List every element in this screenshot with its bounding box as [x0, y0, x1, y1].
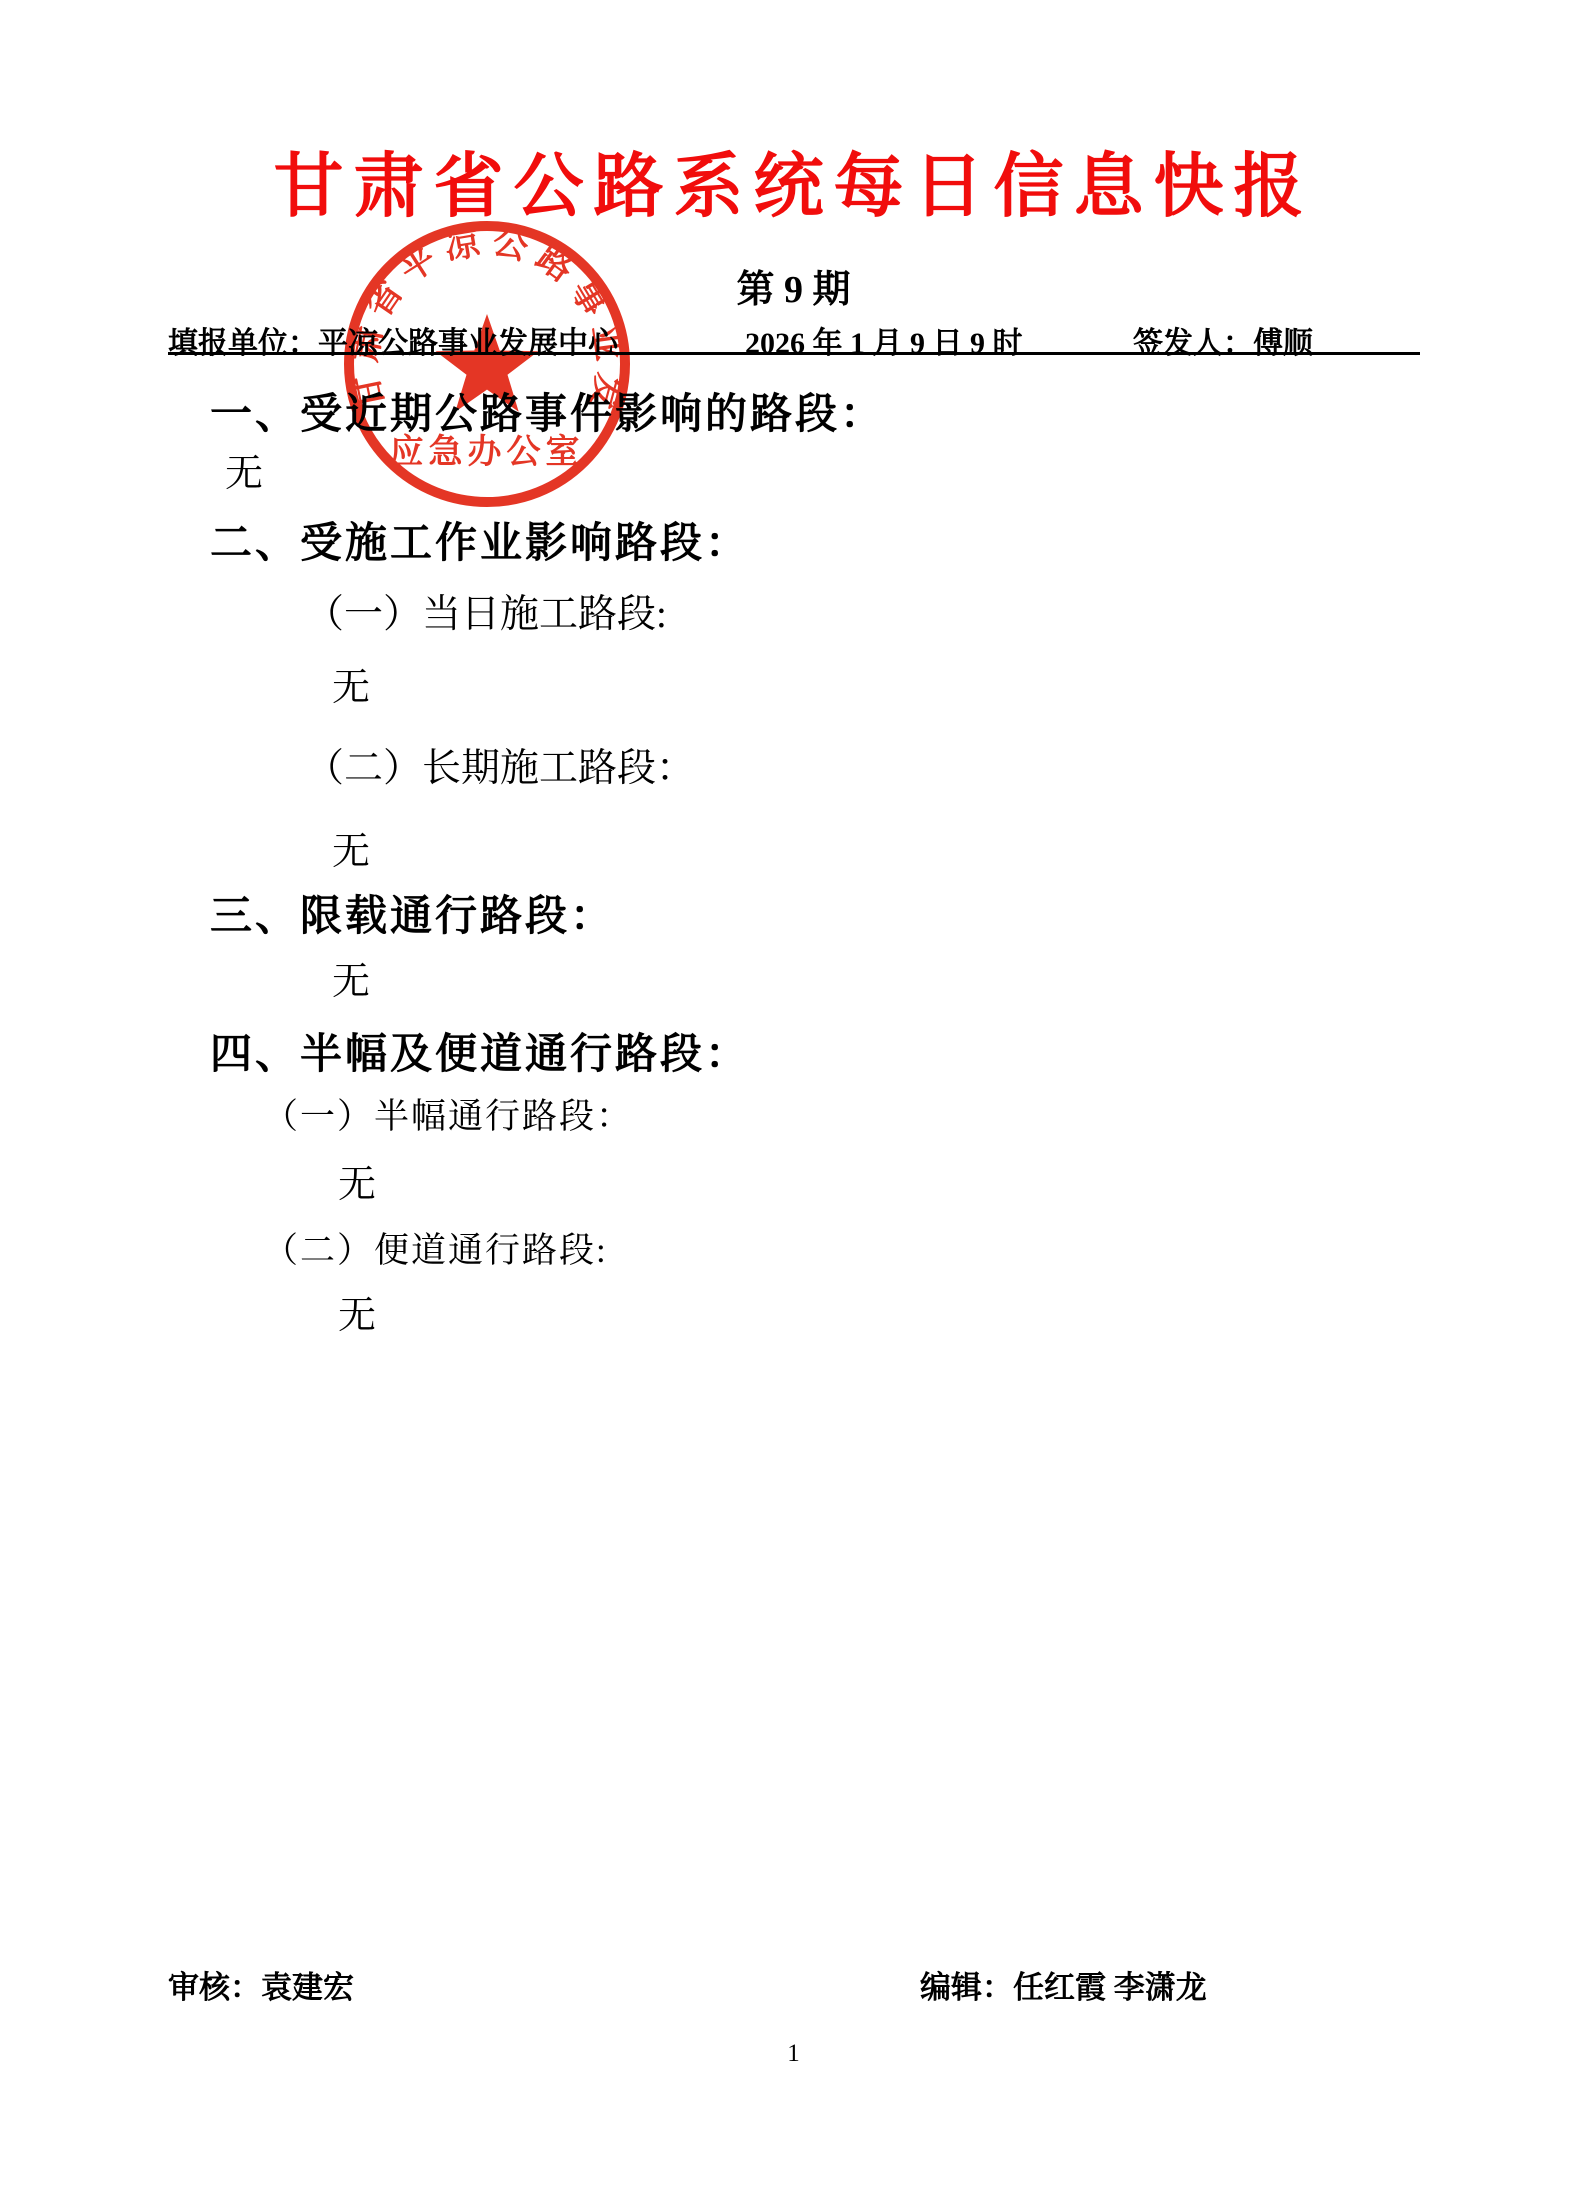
official-seal: 甘肃省平凉公路事业发展中心 应急办公室	[330, 208, 650, 520]
section-2-sub-1-value: 无	[332, 656, 370, 711]
document-title: 甘肃省公路系统每日信息快报	[0, 130, 1587, 231]
issuer-text: 签发人：傅顺	[1133, 318, 1313, 362]
section-4-heading: 四、半幅及便道通行路段：	[210, 1021, 750, 1081]
section-2-heading: 二、受施工作业影响路段：	[210, 510, 750, 570]
section-4-sub-2-value: 无	[338, 1284, 376, 1339]
section-4-sub-1-value: 无	[338, 1153, 376, 1208]
report-datetime-text: 2026 年 1 月 9 日 9 时	[745, 318, 1023, 362]
issue-number: 第 9 期	[0, 258, 1587, 313]
header-rule	[168, 352, 1420, 355]
section-1-value: 无	[225, 442, 263, 497]
section-2-sub-2-heading: （二）长期施工路段：	[305, 737, 695, 793]
footer-editor: 编辑：任红霞 李潇龙	[920, 1962, 1207, 2007]
section-4-sub-2-heading: （二）便道通行路段:	[263, 1223, 608, 1273]
footer-reviewer: 审核：袁建宏	[168, 1962, 354, 2007]
section-1-heading: 一、受近期公路事件影响的路段：	[210, 381, 885, 441]
section-2-sub-1-heading: （一）当日施工路段:	[305, 583, 667, 639]
document-page: 甘肃省公路系统每日信息快报 第 9 期 填报单位：平凉公路事业发展中心 2026…	[0, 0, 1587, 2195]
section-2-sub-2-value: 无	[332, 820, 370, 875]
section-3-value: 无	[332, 950, 370, 1005]
page-number: 1	[0, 2040, 1587, 2068]
report-unit-text: 填报单位：平凉公路事业发展中心	[168, 318, 618, 362]
section-4-sub-1-heading: （一）半幅通行路段：	[263, 1089, 633, 1139]
section-3-heading: 三、限载通行路段：	[210, 883, 615, 943]
